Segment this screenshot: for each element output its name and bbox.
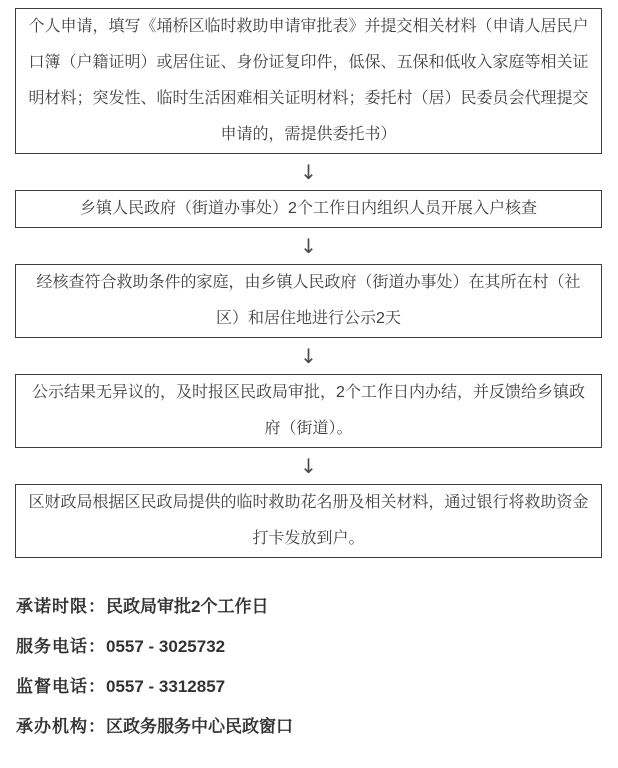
commitment-time-line: 承诺时限：民政局审批2个工作日	[16, 596, 602, 618]
flow-step-publicity: 经核查符合救助条件的家庭，由乡镇人民政府（街道办事处）在其所在村（社区）和居住地…	[15, 264, 602, 338]
service-phone-label: 服务电话：	[16, 637, 106, 656]
temporary-assistance-flow-document: 个人申请，填写《埇桥区临时救助申请审批表》并提交相关材料（申请人居民户口簿（户籍…	[0, 0, 618, 768]
service-phone-line: 服务电话：0557 - 3025732	[16, 636, 602, 658]
down-arrow-icon: ↓	[15, 448, 602, 484]
flow-step-application: 个人申请，填写《埇桥区临时救助申请审批表》并提交相关材料（申请人居民户口簿（户籍…	[15, 8, 602, 154]
supervision-phone-label: 监督电话：	[16, 677, 106, 696]
service-info: 承诺时限：民政局审批2个工作日 服务电话：0557 - 3025732 监督电话…	[15, 596, 602, 738]
flow-step-approval: 公示结果无异议的，及时报区民政局审批，2个工作日内办结，并反馈给乡镇政府（街道）…	[15, 374, 602, 448]
handling-agency-value: 区政务服务中心民政窗口	[106, 717, 293, 736]
flow-step-household-check: 乡镇人民政府（街道办事处）2个工作日内组织人员开展入户核查	[15, 190, 602, 228]
supervision-phone-value: 0557 - 3312857	[106, 677, 225, 696]
supervision-phone-line: 监督电话：0557 - 3312857	[16, 676, 602, 698]
down-arrow-icon: ↓	[15, 228, 602, 264]
down-arrow-icon: ↓	[15, 338, 602, 374]
flowchart: 个人申请，填写《埇桥区临时救助申请审批表》并提交相关材料（申请人居民户口簿（户籍…	[15, 8, 602, 558]
handling-agency-line: 承办机构：区政务服务中心民政窗口	[16, 716, 602, 738]
commitment-time-label: 承诺时限：	[16, 597, 106, 616]
commitment-time-value: 民政局审批2个工作日	[106, 597, 268, 616]
handling-agency-label: 承办机构：	[16, 717, 106, 736]
down-arrow-icon: ↓	[15, 154, 602, 190]
flow-step-fund-disbursement: 区财政局根据区民政局提供的临时救助花名册及相关材料，通过银行将救助资金打卡发放到…	[15, 484, 602, 558]
service-phone-value: 0557 - 3025732	[106, 637, 225, 656]
